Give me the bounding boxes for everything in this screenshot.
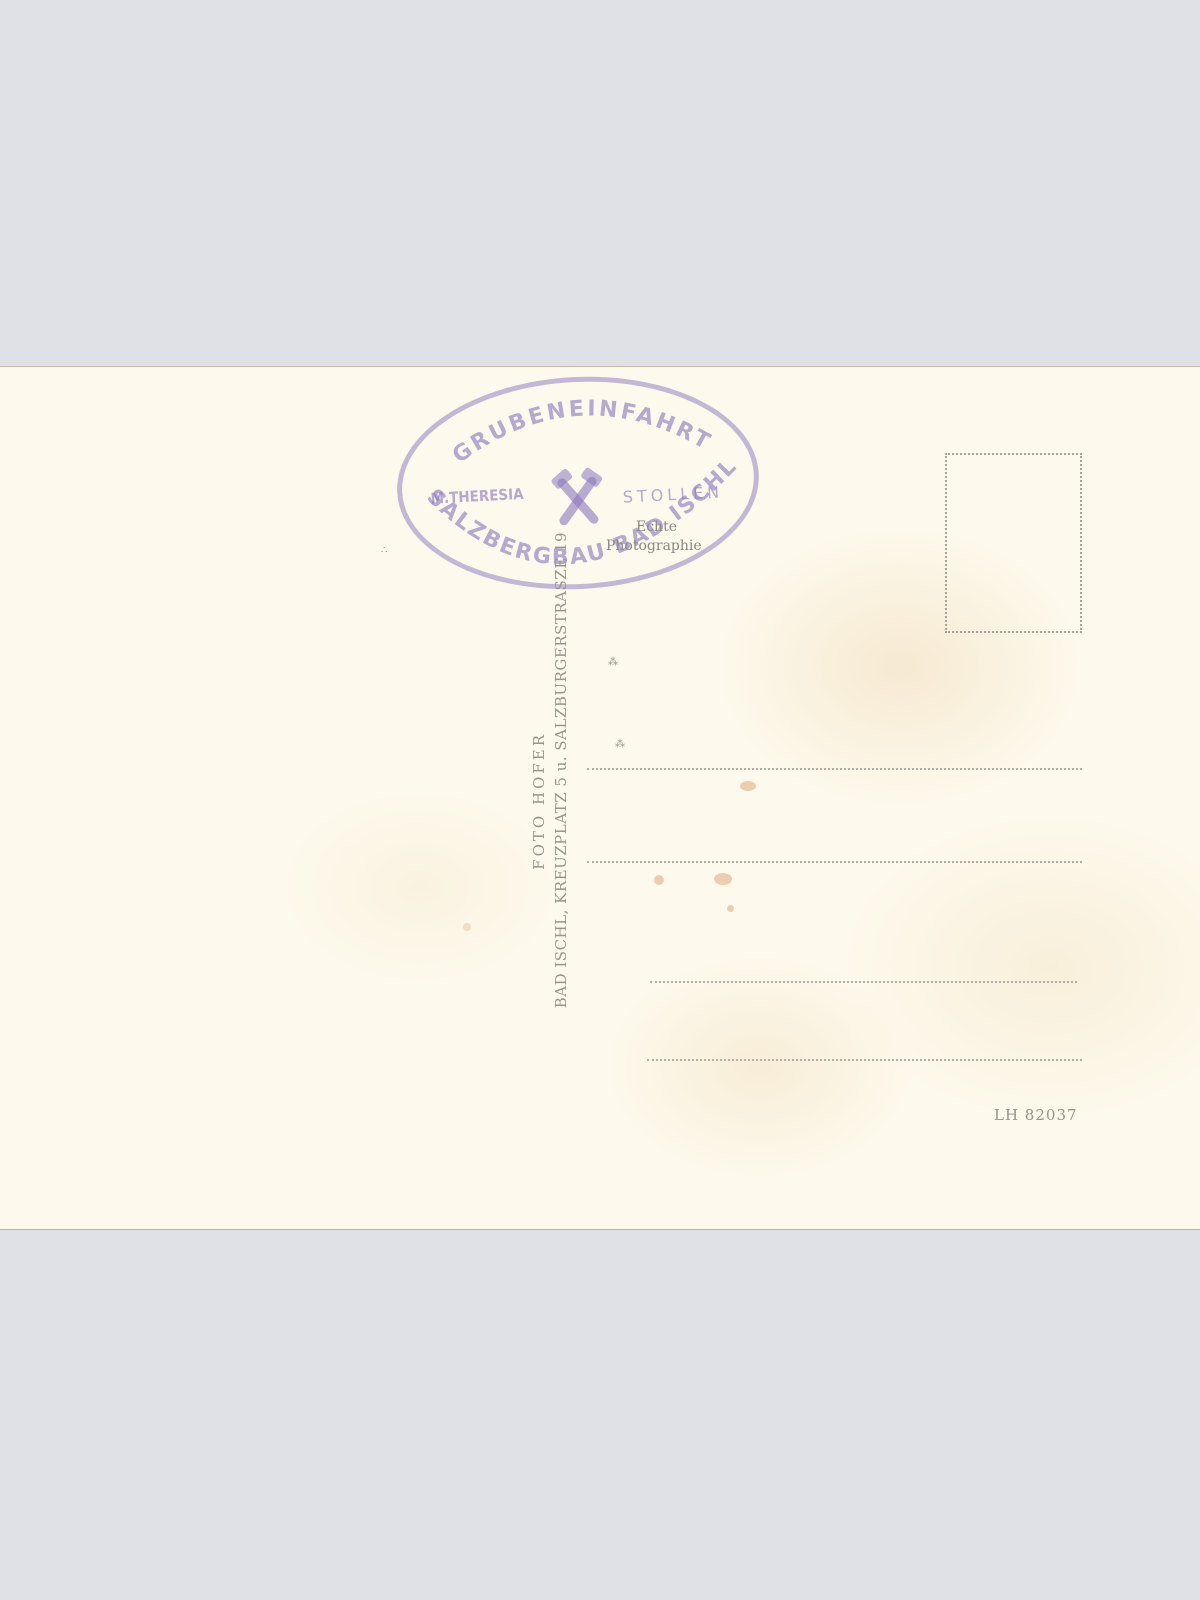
foxing-stain	[714, 873, 732, 885]
address-line-2	[587, 861, 1082, 863]
photo-label-line2: Photographie	[606, 538, 702, 554]
foxing-stain	[740, 781, 756, 791]
speck: ⁂	[608, 657, 618, 668]
address-line-3	[650, 981, 1077, 983]
address-line-1	[587, 768, 1082, 770]
speck: ⁂	[615, 739, 625, 750]
photo-label-line1: Echte	[636, 519, 677, 535]
foxing-stain	[654, 875, 664, 885]
speck: ∴	[381, 545, 387, 556]
svg-text:GRUBENEINFAHRT: GRUBENEINFAHRT	[446, 390, 717, 470]
crossed-hammers-icon	[549, 469, 606, 528]
publisher-address: BAD ISCHL, KREUZPLATZ 5 u. SALZBURGERSTR…	[552, 532, 570, 1008]
foxing-stain	[463, 923, 471, 931]
catalog-code: LH 82037	[994, 1106, 1078, 1124]
foxing-stain	[727, 905, 734, 912]
postage-stamp-box	[945, 453, 1082, 633]
publisher-name: FOTO HOFER	[530, 732, 548, 870]
rubber-stamp: GRUBENEINFAHRT SALZBERGBAU BAD ISCHL M.T…	[392, 368, 765, 599]
postcard-back: GRUBENEINFAHRT SALZBERGBAU BAD ISCHL M.T…	[0, 366, 1200, 1230]
address-line-4	[647, 1059, 1082, 1061]
stamp-top-text: GRUBENEINFAHRT	[446, 390, 717, 470]
